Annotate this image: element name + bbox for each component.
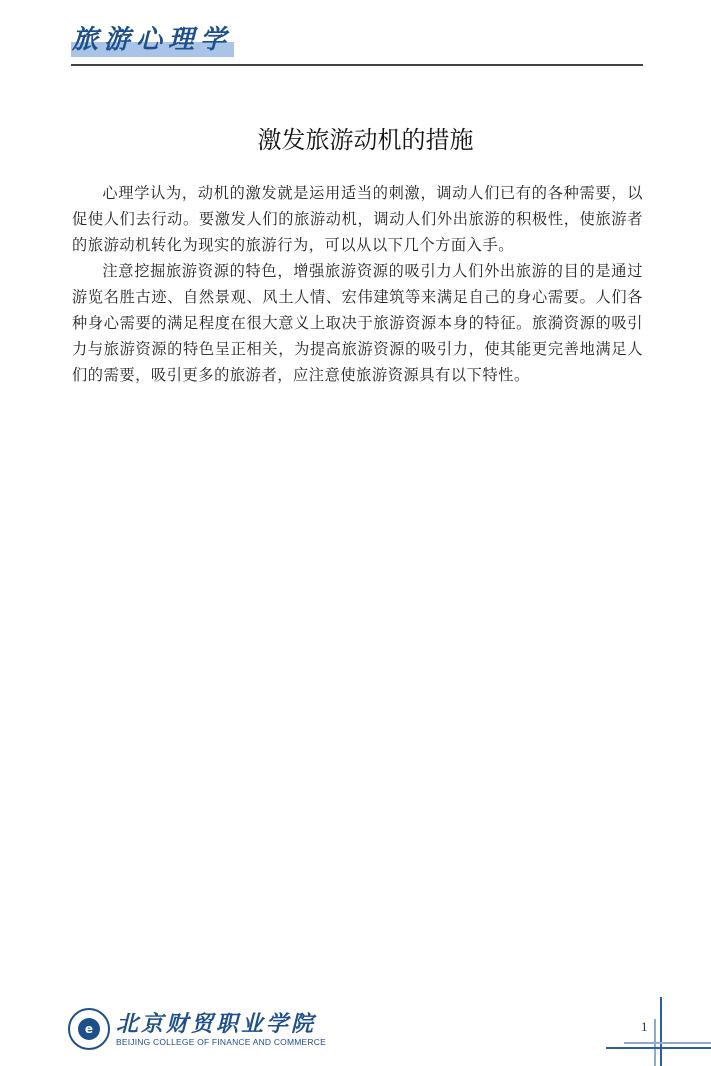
institution-name-cn: 北京财贸职业学院 <box>116 1011 326 1037</box>
document-title: 激发旅游动机的措施 <box>0 122 711 158</box>
page-number: 1 <box>641 1019 648 1035</box>
paragraph: 注意挖掘旅游资源的特色，增强旅游资源的吸引力人们外出旅游的目的是通过游览名胜古迹… <box>72 258 643 388</box>
document-body: 心理学认为，动机的激发就是运用适当的刺激，调动人们已有的各种需要，以促使人们去行… <box>72 180 643 388</box>
corner-mark-vertical-dark <box>660 997 662 1066</box>
institution-name-en: BEIJING COLLEGE OF FINANCE AND COMMERCE <box>116 1037 326 1048</box>
college-seal-icon: e <box>68 1008 110 1050</box>
logo-text: 北京财贸职业学院 BEIJING COLLEGE OF FINANCE AND … <box>116 1011 326 1048</box>
header-rule <box>71 64 643 66</box>
seal-center: e <box>78 1018 100 1040</box>
footer-logo: e 北京财贸职业学院 BEIJING COLLEGE OF FINANCE AN… <box>68 1008 326 1050</box>
paragraph: 心理学认为，动机的激发就是运用适当的刺激，调动人们已有的各种需要，以促使人们去行… <box>72 180 643 258</box>
corner-mark-horizontal-dark <box>606 1047 711 1049</box>
header-book-title: 旅游心理学 <box>72 22 232 58</box>
corner-mark-horizontal-light <box>624 1042 711 1044</box>
